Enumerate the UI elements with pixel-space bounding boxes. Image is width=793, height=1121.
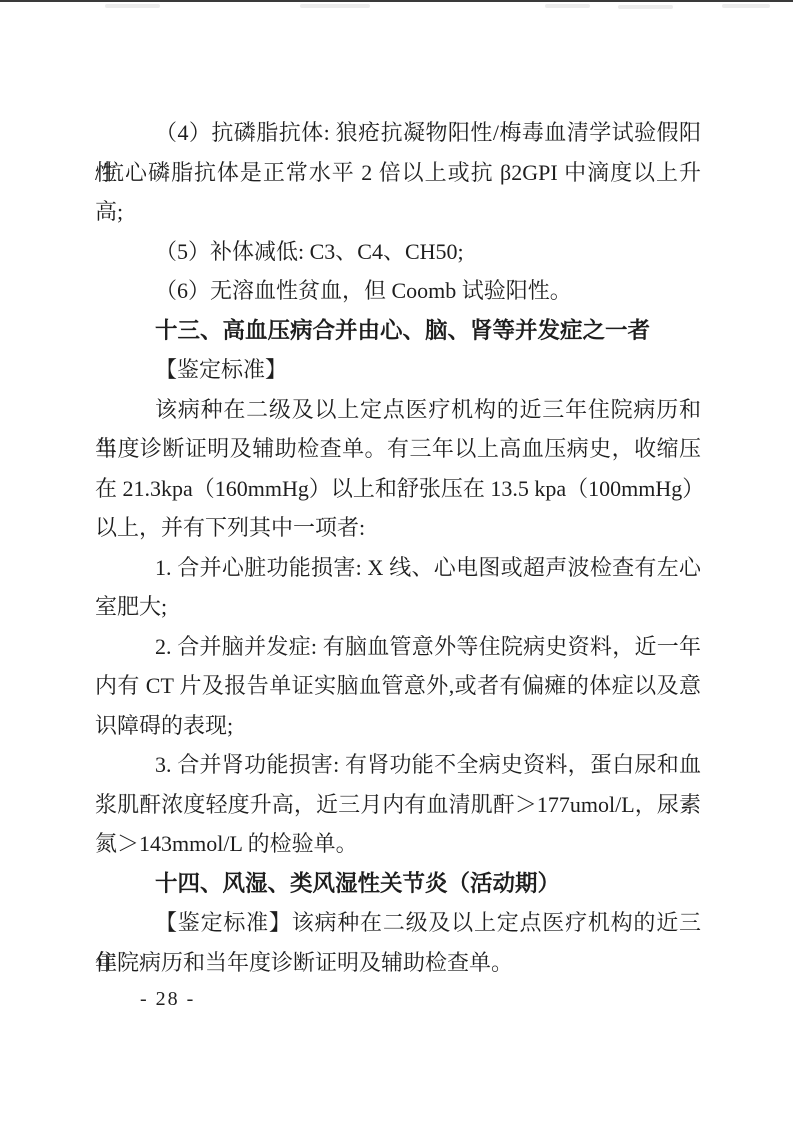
text-block: （4）抗磷脂抗体: 狼疮抗凝物阳性/梅毒血清学试验假阳性/抗心磷脂抗体是正常水平…: [95, 113, 701, 982]
text-line: 室肥大;: [95, 587, 701, 627]
section-heading: 十四、风湿、类风湿性关节炎（活动期）: [95, 864, 701, 904]
scan-edge-artifact: [0, 0, 793, 2]
page-number: - 28 -: [140, 986, 195, 1012]
text-line: 【鉴定标准】: [95, 350, 701, 390]
text-line: （6）无溶血性贫血，但 Coomb 试验阳性。: [95, 271, 701, 311]
text-line: 【鉴定标准】该病种在二级及以上定点医疗机构的近三年: [95, 903, 701, 943]
scan-smudge: [722, 4, 770, 8]
text-line: 住院病历和当年度诊断证明及辅助检查单。: [95, 943, 701, 983]
text-line: 氮＞143mmol/L 的检验单。: [95, 824, 701, 864]
text-line: 识障碍的表现;: [95, 706, 701, 746]
text-line: 以上，并有下列其中一项者:: [95, 508, 701, 548]
scan-smudge: [545, 4, 590, 8]
scan-smudge: [300, 4, 370, 8]
text-line: 高;: [95, 192, 701, 232]
text-line: （5）补体减低: C3、C4、CH50;: [95, 232, 701, 272]
scan-smudge: [105, 4, 160, 8]
section-heading: 十三、高血压病合并由心、脑、肾等并发症之一者: [95, 311, 701, 351]
text-line: 在 21.3kpa（160mmHg）以上和舒张压在 13.5 kpa（100mm…: [95, 469, 701, 509]
text-line: 2. 合并脑并发症: 有脑血管意外等住院病史资料，近一年: [95, 627, 701, 667]
text-line: 该病种在二级及以上定点医疗机构的近三年住院病历和当: [95, 390, 701, 430]
text-line: 浆肌酐浓度轻度升高，近三月内有血清肌酐＞177umol/L，尿素: [95, 785, 701, 825]
text-line: 内有 CT 片及报告单证实脑血管意外,或者有偏瘫的体症以及意: [95, 666, 701, 706]
text-line: 3. 合并肾功能损害: 有肾功能不全病史资料，蛋白尿和血: [95, 745, 701, 785]
text-line: /抗心磷脂抗体是正常水平 2 倍以上或抗 β2GPI 中滴度以上升: [95, 153, 701, 193]
text-line: （4）抗磷脂抗体: 狼疮抗凝物阳性/梅毒血清学试验假阳性: [95, 113, 701, 153]
scan-smudge: [618, 5, 673, 9]
text-line: 年度诊断证明及辅助检查单。有三年以上高血压病史，收缩压: [95, 429, 701, 469]
text-line: 1. 合并心脏功能损害: X 线、心电图或超声波检查有左心: [95, 548, 701, 588]
